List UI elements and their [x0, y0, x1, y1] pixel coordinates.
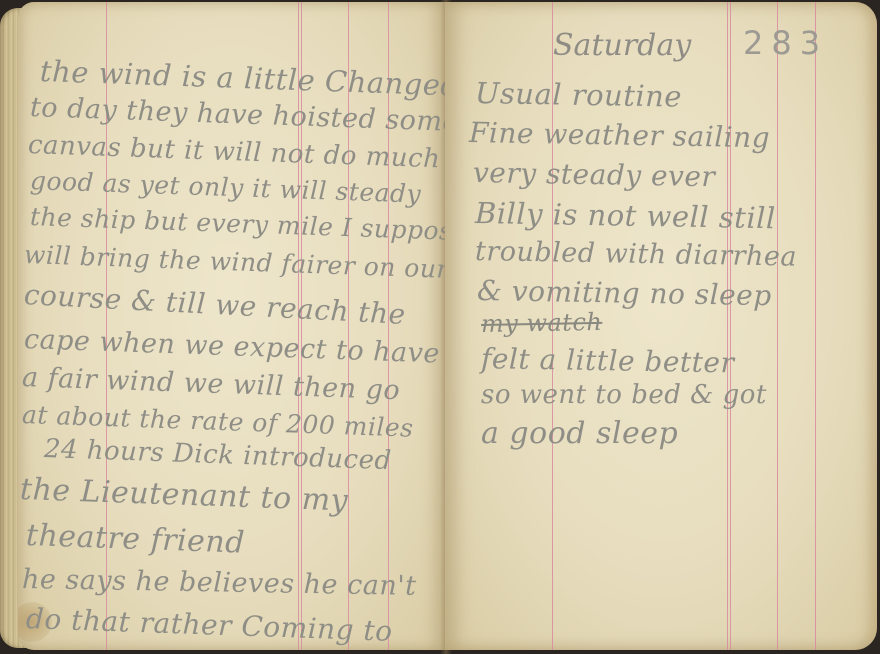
left-line-11: 24 hours Dick introduced — [43, 434, 392, 476]
day-heading: Saturday — [553, 28, 691, 63]
left-line-5: the ship but every mile I suppose — [29, 202, 445, 246]
left-line-8: cape when we expect to have — [23, 324, 440, 370]
right-line-3: very steady ever — [473, 156, 716, 193]
right-line-6: & vomiting no sleep — [477, 274, 772, 312]
right-page: Saturday 283 Usual routine Fine weather … — [445, 2, 877, 650]
right-line-5: troubled with diarrhea — [475, 236, 798, 273]
right-line-7-struck: my watch — [481, 308, 603, 338]
right-line-2: Fine weather sailing — [469, 116, 771, 154]
left-line-9: a fair wind we will then go — [21, 362, 400, 406]
right-line-4: Billy is not well still — [475, 196, 776, 235]
column-rule — [727, 2, 731, 650]
right-line-10: a good sleep — [481, 416, 678, 451]
right-line-9: so went to bed & got — [481, 380, 767, 410]
left-line-7: course & till we reach the — [23, 278, 406, 331]
right-line-1: Usual routine — [475, 76, 683, 114]
page-number: 283 — [743, 24, 828, 62]
open-diary: the wind is a little Changed to day they… — [0, 0, 880, 654]
column-rule — [777, 2, 778, 650]
column-rule — [815, 2, 816, 650]
right-line-8: felt a little better — [481, 342, 735, 379]
left-line-15: do that rather Coming to — [25, 602, 393, 648]
left-page: the wind is a little Changed to day they… — [18, 2, 445, 650]
left-line-4: good as yet only it will steady — [29, 166, 421, 209]
left-line-6: will bring the wind fairer on our — [23, 240, 445, 284]
left-line-13: theatre friend — [25, 518, 245, 561]
left-line-14: he says he believes he can't — [22, 564, 417, 602]
column-rule — [298, 2, 302, 650]
